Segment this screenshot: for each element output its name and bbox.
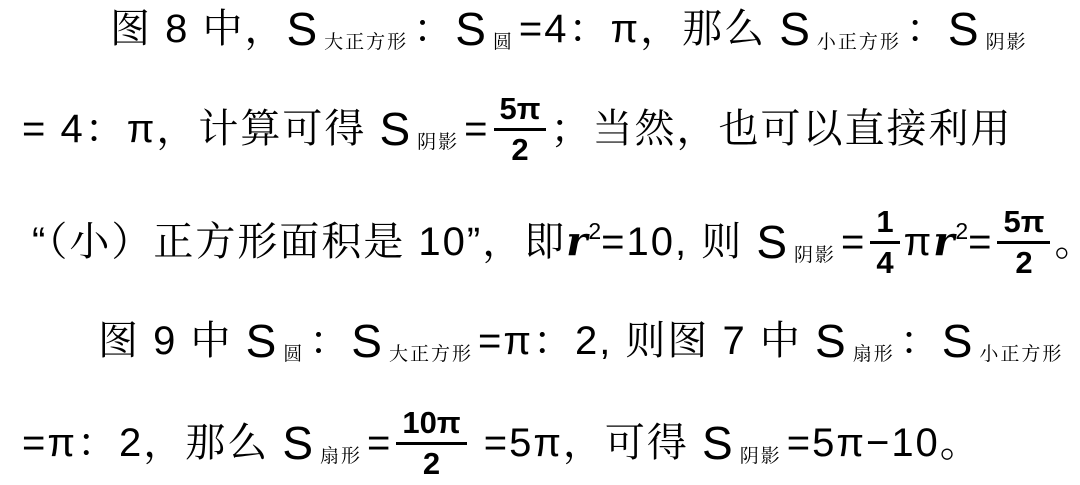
- s-subscript: 扇形: [320, 447, 362, 466]
- text-run: =: [464, 105, 489, 153]
- fraction-denominator: 2: [997, 244, 1050, 281]
- s-symbol: S: [351, 318, 382, 364]
- text-run: ：: [906, 5, 948, 53]
- fraction-denominator: 2: [396, 445, 466, 482]
- s-subscript: 扇形: [853, 345, 895, 364]
- text-run: ：: [900, 317, 942, 365]
- area-symbol: S圆: [246, 318, 310, 364]
- text-line-4: 图 9 中 S圆：S大正方形=π：2, 则图 7 中 S扇形：S小正方形: [98, 312, 1068, 370]
- area-symbol: S阴影: [379, 106, 464, 152]
- area-symbol: S圆: [455, 6, 519, 52]
- fraction: 5π2: [997, 204, 1050, 280]
- s-symbol: S: [756, 219, 787, 265]
- s-symbol: S: [942, 318, 973, 364]
- r-squared: r2: [933, 218, 968, 266]
- text-run: “（小）正方形面积是 10”，即: [32, 218, 566, 266]
- s-symbol: S: [702, 420, 733, 466]
- text-run: 图 8 中，: [110, 5, 286, 53]
- superscript: 2: [955, 220, 968, 243]
- text-run: π: [904, 218, 934, 266]
- s-subscript: 阴影: [986, 33, 1028, 52]
- s-symbol: S: [455, 6, 486, 52]
- area-symbol: S阴影: [948, 6, 1033, 52]
- text-run: =π：2, 则图 7 中: [478, 317, 815, 365]
- s-subscript: 阴影: [740, 447, 782, 466]
- fraction-numerator: 5π: [494, 91, 547, 131]
- s-symbol: S: [379, 106, 410, 152]
- text-run: =π：2，那么: [22, 419, 282, 467]
- text-run: 。: [1054, 218, 1080, 266]
- text-line-3: “（小）正方形面积是 10”，即r2=10, 则 S阴影=14πr2=5π2。: [32, 193, 1080, 291]
- text-run: =: [367, 419, 392, 467]
- area-symbol: S小正方形: [942, 318, 1069, 364]
- area-symbol: S小正方形: [779, 6, 906, 52]
- text-run: ：: [309, 317, 351, 365]
- text-run: =: [968, 218, 993, 266]
- text-run: =5π，可得: [471, 419, 702, 467]
- r-variable: r: [933, 218, 954, 266]
- s-symbol: S: [282, 420, 313, 466]
- text-run: 图 9 中: [98, 317, 246, 365]
- area-symbol: S大正方形: [286, 6, 413, 52]
- fraction: 10π2: [396, 405, 466, 481]
- r-variable: r: [566, 218, 587, 266]
- s-symbol: S: [246, 318, 277, 364]
- s-subscript: 阴影: [417, 133, 459, 152]
- fraction-numerator: 1: [870, 204, 899, 244]
- text-run: =: [841, 218, 866, 266]
- text-run: ；当然，也可以直接利用: [550, 105, 1012, 153]
- s-symbol: S: [779, 6, 810, 52]
- fraction-numerator: 5π: [997, 204, 1050, 244]
- s-symbol: S: [948, 6, 979, 52]
- superscript: 2: [588, 220, 601, 243]
- area-symbol: S扇形: [815, 318, 900, 364]
- text-run: =10, 则: [601, 218, 756, 266]
- s-symbol: S: [286, 6, 317, 52]
- s-subscript: 大正方形: [389, 345, 473, 364]
- fraction: 5π2: [494, 91, 547, 167]
- text-run: =4：π，那么: [519, 5, 779, 53]
- fraction-numerator: 10π: [396, 405, 466, 445]
- s-subscript: 大正方形: [324, 33, 408, 52]
- s-subscript: 圆: [493, 33, 514, 52]
- area-symbol: S阴影: [702, 420, 787, 466]
- text-line-2: = 4：π，计算可得 S阴影=5π2；当然，也可以直接利用: [22, 80, 1012, 178]
- fraction: 14: [870, 204, 899, 280]
- area-symbol: S大正方形: [351, 318, 478, 364]
- s-symbol: S: [815, 318, 846, 364]
- s-subscript: 圆: [283, 345, 304, 364]
- fraction-denominator: 4: [870, 244, 899, 281]
- s-subscript: 小正方形: [979, 345, 1063, 364]
- s-subscript: 小正方形: [817, 33, 901, 52]
- text-run: = 4：π，计算可得: [22, 105, 379, 153]
- text-run: =5π−10。: [787, 419, 982, 467]
- document-page: 图 8 中，S大正方形：S圆=4：π，那么 S小正方形：S阴影= 4：π，计算可…: [0, 0, 1080, 485]
- s-subscript: 阴影: [794, 246, 836, 265]
- r-squared: r2: [566, 218, 601, 266]
- text-line-5: =π：2，那么 S扇形=10π2 =5π，可得 S阴影=5π−10。: [22, 394, 982, 485]
- text-line-1: 图 8 中，S大正方形：S圆=4：π，那么 S小正方形：S阴影: [110, 0, 1033, 58]
- area-symbol: S扇形: [282, 420, 367, 466]
- area-symbol: S阴影: [756, 219, 841, 265]
- fraction-denominator: 2: [494, 131, 547, 168]
- text-run: ：: [413, 5, 455, 53]
